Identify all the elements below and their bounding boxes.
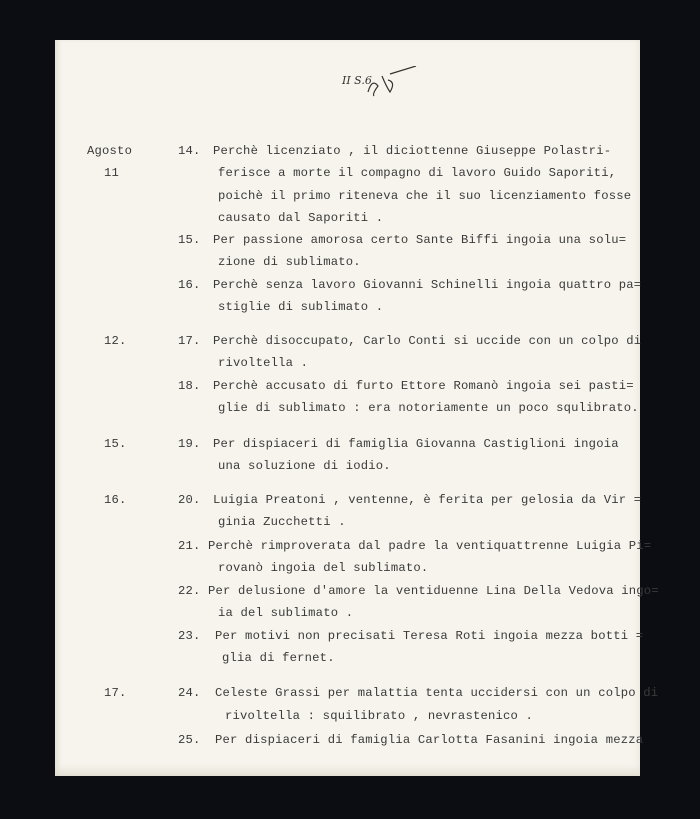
handwritten-annotation: II S.6 xyxy=(340,66,420,102)
entry-number: 25. xyxy=(178,733,201,747)
date-label: 16. xyxy=(104,493,127,507)
entry-number: 22. xyxy=(178,584,201,598)
entry-text: Per delusione d'amore la ventiduenne Lin… xyxy=(208,584,659,598)
entry-text: ferisce a morte il compagno di lavoro Gu… xyxy=(218,166,616,180)
entry-text: Celeste Grassi per malattia tenta uccide… xyxy=(215,686,658,700)
date-label: 17. xyxy=(104,686,127,700)
entry-text: glie di sublimato : era notoriamente un … xyxy=(218,401,639,415)
date-label: 15. xyxy=(104,437,127,451)
entry-number: 14. xyxy=(178,144,201,158)
entry-text: Perchè rimproverata dal padre la ventiqu… xyxy=(208,539,651,553)
entry-text: Per dispiaceri di famiglia Carlotta Fasa… xyxy=(215,733,643,747)
entry-text: Per dispiaceri di famiglia Giovanna Cast… xyxy=(213,437,619,451)
svg-text:II S.6: II S.6 xyxy=(341,74,372,87)
date-label: 11 xyxy=(104,166,119,180)
entry-text: poichè il primo riteneva che il suo lice… xyxy=(218,189,631,203)
entry-text: ia del sublimato . xyxy=(218,606,353,620)
entry-text: rovanò ingoia del sublimato. xyxy=(218,561,428,575)
entry-number: 15. xyxy=(178,233,201,247)
entry-text: ginia Zucchetti . xyxy=(218,515,346,529)
entry-text: Perchè accusato di furto Ettore Romanò i… xyxy=(213,379,634,393)
entry-text: una soluzione di iodio. xyxy=(218,459,391,473)
entry-text: zione di sublimato. xyxy=(218,255,361,269)
entry-text: rivoltella . xyxy=(218,356,308,370)
entry-number: 19. xyxy=(178,437,201,451)
entry-number: 20. xyxy=(178,493,201,507)
entry-number: 18. xyxy=(178,379,201,393)
date-label: 12. xyxy=(104,334,127,348)
entry-number: 16. xyxy=(178,278,201,292)
entry-text: causato dal Saporiti . xyxy=(218,211,383,225)
entry-text: Luigia Preatoni , ventenne, è ferita per… xyxy=(213,493,641,507)
entry-text: Perchè licenziato , il diciottenne Giuse… xyxy=(213,144,611,158)
entry-text: rivoltella : squilibrato , nevrastenico … xyxy=(225,709,533,723)
month-label: Agosto xyxy=(87,144,132,158)
entry-text: Per motivi non precisati Teresa Roti ing… xyxy=(215,629,643,643)
entry-number: 23. xyxy=(178,629,201,643)
entry-text: glia di fernet. xyxy=(222,651,335,665)
entry-number: 24. xyxy=(178,686,201,700)
entry-number: 21. xyxy=(178,539,201,553)
entry-text: Per passione amorosa certo Sante Biffi i… xyxy=(213,233,626,247)
entry-text: Perchè senza lavoro Giovanni Schinelli i… xyxy=(213,278,641,292)
entry-number: 17. xyxy=(178,334,201,348)
entry-text: Perchè disoccupato, Carlo Conti si uccid… xyxy=(213,334,641,348)
entry-text: stiglie di sublimato . xyxy=(218,300,383,314)
